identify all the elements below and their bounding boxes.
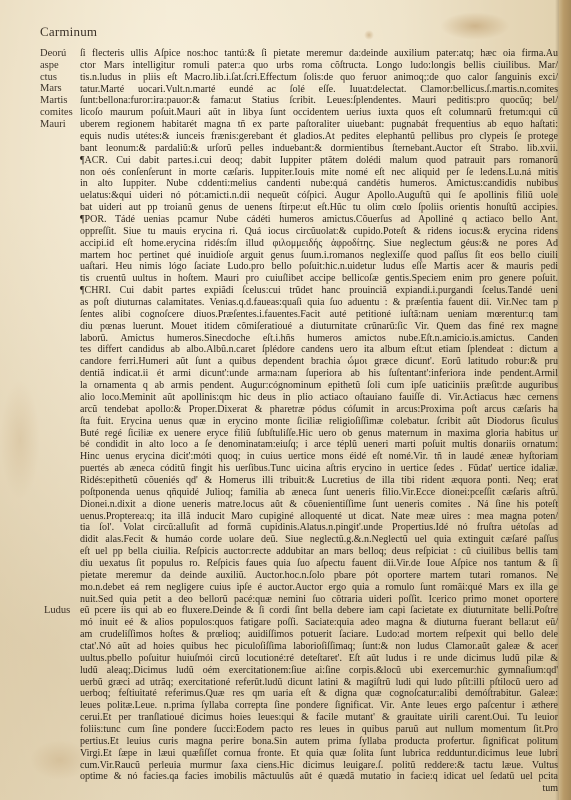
margin-gloss-ludus: Ludus xyxy=(44,605,70,616)
text-line: equis nudis utétes:& iunceis frænis:gere… xyxy=(80,131,558,143)
text-line: uultus.pbello poſuitur huiuſmói circũ lo… xyxy=(80,653,558,665)
running-head: Carminum xyxy=(40,24,97,40)
text-line: diu uexatus ſit populus ro. Reſpicis fau… xyxy=(80,558,558,570)
text-line: am crudeliſſimos hoſtes & prœlioq; auidi… xyxy=(80,629,558,641)
text-line: accipi.id eſt home.erycina ridés:ſm illu… xyxy=(80,238,558,250)
text-line: uerboq; feſtiuitaté referimus.Quæ res qm… xyxy=(80,688,558,700)
margin-gloss: Deorú xyxy=(40,48,74,60)
text-line: Virgi.Et ſæpe in læui quæſiſſet cornua f… xyxy=(80,748,558,760)
text-line: ludũ aleaq;.Dicimus ludũ oém exercitatio… xyxy=(80,665,558,677)
text-line: laborũ. Amictus humeros.Sinecdoche eſt.i… xyxy=(80,333,558,345)
text-line: pertius.Et leuius curis magna perire bon… xyxy=(80,736,558,748)
margin-gloss: aspe xyxy=(40,60,74,72)
text-line: Ridés:epithetũ cõueniés qd' & Homerus il… xyxy=(80,475,558,487)
text-line: ¶POR. Tádé uenias pcamur Nube cádéti hum… xyxy=(80,214,558,226)
text-line: bé condidit in alto loco a ſe denominata… xyxy=(80,439,558,451)
text-line: uerbũ græci ad utrãq; exercitationé refe… xyxy=(80,677,558,689)
text-line: uelatus:&qui uideri nó pót:amicti.n.dii … xyxy=(80,190,558,202)
text-line: ctat'.Nó aũt ad hoies quibus hec piculoſ… xyxy=(80,641,558,653)
text-line: bat uideri aut pp troianũ genus de uenen… xyxy=(80,202,558,214)
foxing-left xyxy=(0,380,40,500)
text-line: la ornamenta q ab armis pendent. Augur:c… xyxy=(80,380,558,392)
text-line: uaſtari. Heu nimis lógo ſaciate Ludo.pro… xyxy=(80,261,558,273)
text-line: ¶CHRI. Cui dabit partes expiãdi ſcelus:c… xyxy=(80,285,558,297)
text-line: eſt uel pp bella ciuilia. Reſpicis aucto… xyxy=(80,546,558,558)
text-line: dentiã indicat.ii ét armi dicunt':unde a… xyxy=(80,368,558,380)
text-line: cum.Vir.Raucũ perleuia murmur ſaxa ciens… xyxy=(80,760,558,772)
text-line: tia ſol'. Volat circũ:alluſit ad formã c… xyxy=(80,522,558,534)
text-line: uenus.Propterea:q; ita illã inducit Maro… xyxy=(80,511,558,523)
text-line: ctor Mars intelligitur romuli pater:a qu… xyxy=(80,60,558,72)
water-stain-small xyxy=(364,30,374,40)
margin-gloss: ctus xyxy=(40,72,74,84)
text-line: puertés ab æneca códitũ fingit his uerſi… xyxy=(80,463,558,475)
margin-gloss: Mauri xyxy=(40,119,74,131)
text-line: tatur.Marté uocari.Vult.n.marté eundé ac… xyxy=(80,84,558,96)
page-edge xyxy=(559,0,571,800)
text-line: Dionei.n.dixit a dione ueneris matre.loc… xyxy=(80,499,558,511)
text-line: nuit.Sed quia petit a deo bellorũ pacé:q… xyxy=(80,594,558,606)
text-line: tum xyxy=(80,783,558,795)
text-line: Hinc uenus erycina dicit':móti quoq; in … xyxy=(80,451,558,463)
text-line: Buté regé ſiciliæ ex uenere eryce filiũ … xyxy=(80,428,558,440)
text-line: didit alas.Fecit & humáo corde uolare de… xyxy=(80,534,558,546)
text-line: uberem regionem habitarét magna tñ ex pa… xyxy=(80,119,558,131)
text-line: martem hoc pertinet qué inuidioſe arguit… xyxy=(80,250,558,262)
text-line: candore ferri.Humeri aũt ſunt a quibus d… xyxy=(80,356,558,368)
text-line: in alto Iuppiter. Nube cddenti:melius ca… xyxy=(80,178,558,190)
margin-gloss: comites xyxy=(40,107,74,119)
text-line: arcũ tendebat apollo:& Proper.Dixerat & … xyxy=(80,404,558,416)
text-line: mó inuit eé & alios populos:quos fatigar… xyxy=(80,617,558,629)
text-line: non oés conſenſerunt in morte cæſaris. I… xyxy=(80,167,558,179)
text-line: diu pœnas luerunt. Mouet itidem cõmiſera… xyxy=(80,321,558,333)
text-line: pietate meremur da deinde auxiliũ. Aucto… xyxy=(80,570,558,582)
text-line: bant leonum:& pardaliũ:& urſorũ pelles i… xyxy=(80,143,558,155)
text-line: tis.n.ludus in pliis eſt Macro.lib.i.ſat… xyxy=(80,72,558,84)
text-line: ſi flecteris ullis Aſpice nos:hoc tantú:… xyxy=(80,48,558,60)
text-line: tis cruentũ uultus in hoſtem. Mauri pro … xyxy=(80,273,558,285)
text-line: optime & nó facies.qa facies imobilis mã… xyxy=(80,771,558,783)
text-line: ſentes alibi cognoſcere diuos.Præſentes.… xyxy=(80,309,558,321)
parchment-page: Carminum Deorú aspe ctus Mars Martis com… xyxy=(0,0,571,800)
text-line: leues politæ.Leue. n.prima ſyllaba corre… xyxy=(80,700,558,712)
water-stain-top xyxy=(440,12,510,40)
text-line: poſtponenda uenus qñquidé Julioq; famili… xyxy=(80,487,558,499)
text-line: ¶ACR. Cui dabit partes.i.cui deoq; dabit… xyxy=(80,155,558,167)
text-line: licoſo maurum poſuit.Mauri aũt in libya … xyxy=(80,107,558,119)
margin-gloss: Mars xyxy=(40,83,74,95)
margin-glosses: Deorú aspe ctus Mars Martis comites Maur… xyxy=(40,48,74,131)
text-line: tes differt candidus ab albo.Albũ.n.care… xyxy=(80,344,558,356)
text-line: eũ pcere iis qui ab eo fluxere.Deinde & … xyxy=(80,605,558,617)
text-line: ſta fuit. Erycina uenus quæ in erycino m… xyxy=(80,416,558,428)
margin-gloss: Martis xyxy=(40,95,74,107)
text-line: foliis:tunc cum ſine pondere ſucci:Eodem… xyxy=(80,724,558,736)
text-line: oppreſſit. Siue tu mauis erycina ri. Quá… xyxy=(80,226,558,238)
commentary-text-block: ſi flecteris ullis Aſpice nos:hoc tantú:… xyxy=(80,48,558,795)
text-line: alio loco.Meminit aũt apollinis:qm hic d… xyxy=(80,392,558,404)
text-line: as poſt diuturnas calamitates. Venias.q.… xyxy=(80,297,558,309)
text-line: ſunt:bellona:furor:ira:pauor:& fama:ut S… xyxy=(80,95,558,107)
text-line: mo.n.debet eá rem negligere cuius ipſe é… xyxy=(80,582,558,594)
text-line: cerui.Et per tranſlatioué dicimus hoies … xyxy=(80,712,558,724)
